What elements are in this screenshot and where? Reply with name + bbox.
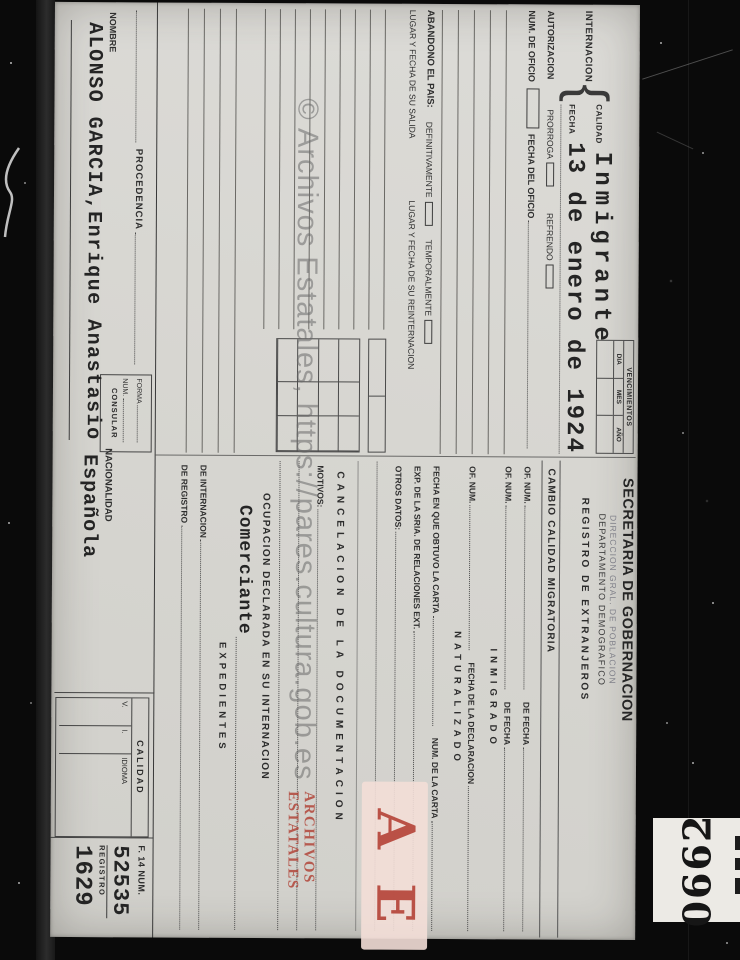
inmigrado-row: OF. NUM. FECHA DE LA DECLARACION <box>465 460 486 937</box>
autorizacion-row: AUTORIZACION PRORROGA REFRENDO <box>544 11 556 341</box>
salida-label: LUGAR Y FECHA DE SU SALIDA <box>407 10 418 139</box>
naturalizado-row: FECHA EN QUE OBTUVO LA CARTA NUM. DE LA … <box>429 460 450 937</box>
logo-letter-a: A <box>369 809 421 850</box>
small-grid-table <box>368 339 387 453</box>
nombre-underline <box>69 20 72 440</box>
temporalmente-label: TEMPORALMENTE <box>424 240 434 317</box>
bottom-divider-line <box>54 692 154 694</box>
microfilm-scan: { "frame": { "film_number": "0662" }, "h… <box>0 0 740 960</box>
consular-box: FORMA NUM. CONSULAR <box>100 374 152 452</box>
registro-number: 52535 <box>106 845 134 918</box>
forma-label: FORMA <box>135 378 142 403</box>
internacion-label: INTERNACION <box>583 11 594 83</box>
num-oficio-box <box>526 88 539 128</box>
vencimientos-empty-row <box>597 341 614 453</box>
fecha-field: FECHA 13 de enero de 1924 <box>559 104 589 454</box>
reinternacion-label: LUGAR Y FECHA DE SU REINTERNACION <box>406 200 417 369</box>
of-num-label: OF. NUM. <box>522 460 532 503</box>
de-registro-label: DE REGISTRO <box>179 459 189 524</box>
adjacent-frame-number-sliver <box>735 836 740 906</box>
bottom-section-line <box>152 2 158 937</box>
registration-card: SECRETARIA DE GOBERNACION DIRECCION GRAL… <box>50 2 640 940</box>
naturalizado-heading: NATURALIZADO <box>448 460 467 937</box>
brand-line-1: ARCHIVOS <box>300 791 316 890</box>
calidad-table-cells: V. I. IDIOMA <box>59 698 132 836</box>
ocupacion-value-row: Comerciante <box>232 459 260 936</box>
departamento-subtitle: DEPARTAMENTO DEMOGRAFICO <box>595 475 607 725</box>
autorizacion-label: AUTORIZACION <box>546 11 556 80</box>
calidad-cell-i: I. <box>59 726 131 754</box>
calidad-table-title: CALIDAD <box>131 698 149 836</box>
fecha-label: FECHA <box>567 104 576 134</box>
definitivamente-label: DEFINITIVAMENTE <box>424 122 434 198</box>
fecha-value: 13 de enero de 1924 <box>560 142 589 454</box>
secretaria-title: SECRETARIA DE GOBERNACION <box>618 475 636 725</box>
num-carta-label: NUM. DE LA CARTA <box>430 732 440 819</box>
ocupacion-label: OCUPACION DECLARADA EN SU INTERNACION <box>258 459 271 936</box>
num-oficio-label: NUM. DE OFICIO <box>527 10 537 82</box>
logo-letter-e: E <box>368 883 420 923</box>
fecha-oficio-line <box>527 220 529 448</box>
of-num-label: OF. NUM. <box>467 460 477 503</box>
prorroga-label: PRORROGA <box>545 109 555 159</box>
archive-watermark-text: © Archivos Estatales, https://pares.cult… <box>287 98 324 780</box>
de-fecha-label: DE FECHA <box>502 696 512 746</box>
cambio-title: CAMBIO CALIDAD MIGRATORIA <box>539 460 560 937</box>
fecha-carta-label: FECHA EN QUE OBTUVO LA CARTA <box>431 460 442 614</box>
calidad-cell-idioma: IDIOMA <box>59 754 131 836</box>
frame-number: 0662 <box>674 813 719 927</box>
f14-label: F. 14 NUM. <box>135 845 145 933</box>
procedencia-row: PROCEDENCIA <box>132 8 150 370</box>
brand-line-2: ESTATALES <box>284 791 300 890</box>
abandono-row: ABANDONO EL PAIS: DEFINITIVAMENTE TEMPOR… <box>423 10 436 452</box>
nombre-value: ALONSO GARCIA,Enrique Anastasio <box>81 22 106 441</box>
calidad-label: CALIDAD <box>594 104 603 144</box>
abandono-label: ABANDONO EL PAIS: <box>424 10 436 108</box>
card-header: SECRETARIA DE GOBERNACION DIRECCION GRAL… <box>578 475 636 725</box>
refrendo-checkbox <box>546 265 554 289</box>
nombre-label: NOMBRE <box>108 12 118 52</box>
ruled-lines-top <box>440 10 522 454</box>
vencimientos-col-ano: AÑO <box>614 416 623 453</box>
expediente-registro-row: DE REGISTRO <box>177 459 198 936</box>
num-label: NUM. <box>121 378 128 396</box>
calidad-table: CALIDAD V. I. IDIOMA <box>55 697 150 837</box>
procedencia-label: PROCEDENCIA <box>133 149 144 230</box>
archive-watermark-brand: ARCHIVOS ESTATALES <box>284 791 316 890</box>
ruled-lines-middle <box>263 9 400 330</box>
vencimientos-col-mes: MES <box>614 379 623 417</box>
vencimientos-table: VENCIMIENTOS DIA MES AÑO <box>596 340 635 454</box>
registro-label: REGISTRO <box>97 845 106 933</box>
expediente-internacion-row: DE INTERNACION <box>196 459 217 936</box>
otros-datos-label: OTROS DATOS: <box>393 460 403 530</box>
de-internacion-label: DE INTERNACION <box>198 459 208 538</box>
de-fecha-label: DE FECHA <box>521 696 531 746</box>
center-divider-line <box>156 454 636 458</box>
num-oficio-row: NUM. DE OFICIO FECHA DEL OFICIO <box>525 10 540 454</box>
refrendo-label: REFRENDO <box>545 213 555 261</box>
ocupacion-value: Comerciante <box>234 505 255 635</box>
f14-block: F. 14 NUM. 52535 REGISTRO 1629 <box>67 845 145 933</box>
film-dust-specks <box>0 0 2 2</box>
cambio-row-2: OF. NUM. DE FECHA <box>501 460 522 937</box>
inmigrado-heading: INMIGRADO <box>484 460 503 937</box>
direccion-stamp: DIRECCION GRAL. DE POBLACION <box>607 475 618 725</box>
exp-sria-label: EXP. DE LA SRIA. DE RELACIONES EXT. <box>412 460 423 629</box>
lugar-fecha-row: LUGAR Y FECHA DE SU SALIDA LUGAR Y FECHA… <box>406 10 418 452</box>
temporalmente-checkbox <box>425 320 433 344</box>
frame-number-label: 0662 <box>653 818 740 922</box>
calidad-value: Inmigrante <box>587 152 615 346</box>
cambio-row-1: OF. NUM. DE FECHA <box>520 460 541 937</box>
brace-glyph: { <box>565 84 611 102</box>
vencimientos-columns: DIA MES AÑO <box>613 341 624 453</box>
prorroga-checkbox <box>546 163 554 187</box>
expediente-number: 1629 <box>67 845 94 933</box>
archive-logo: A E <box>361 782 428 950</box>
fecha-declaracion-label: FECHA DE LA DECLARACION <box>466 656 477 784</box>
consular-label: CONSULAR <box>110 378 119 448</box>
vencimientos-col-dia: DIA <box>614 341 623 379</box>
nacionalidad-label: NACIONALIDAD <box>102 448 113 521</box>
ruled-lines-lower <box>186 9 252 453</box>
registro-subtitle: REGISTRO DE EXTRANJEROS <box>578 475 591 725</box>
f14-divider-line <box>51 837 154 839</box>
cancelacion-title: CANCELACION DE LA DOCUMENTACION <box>332 459 345 936</box>
fecha-oficio-label: FECHA DEL OFICIO <box>526 134 536 219</box>
nacionalidad-value: Española <box>77 454 101 558</box>
definitivamente-checkbox <box>425 202 433 226</box>
of-num-label: OF. NUM. <box>503 460 513 503</box>
vencimientos-title: VENCIMIENTOS <box>623 341 634 453</box>
handwritten-mark <box>0 145 24 241</box>
calidad-cell-v: V. <box>59 698 131 726</box>
